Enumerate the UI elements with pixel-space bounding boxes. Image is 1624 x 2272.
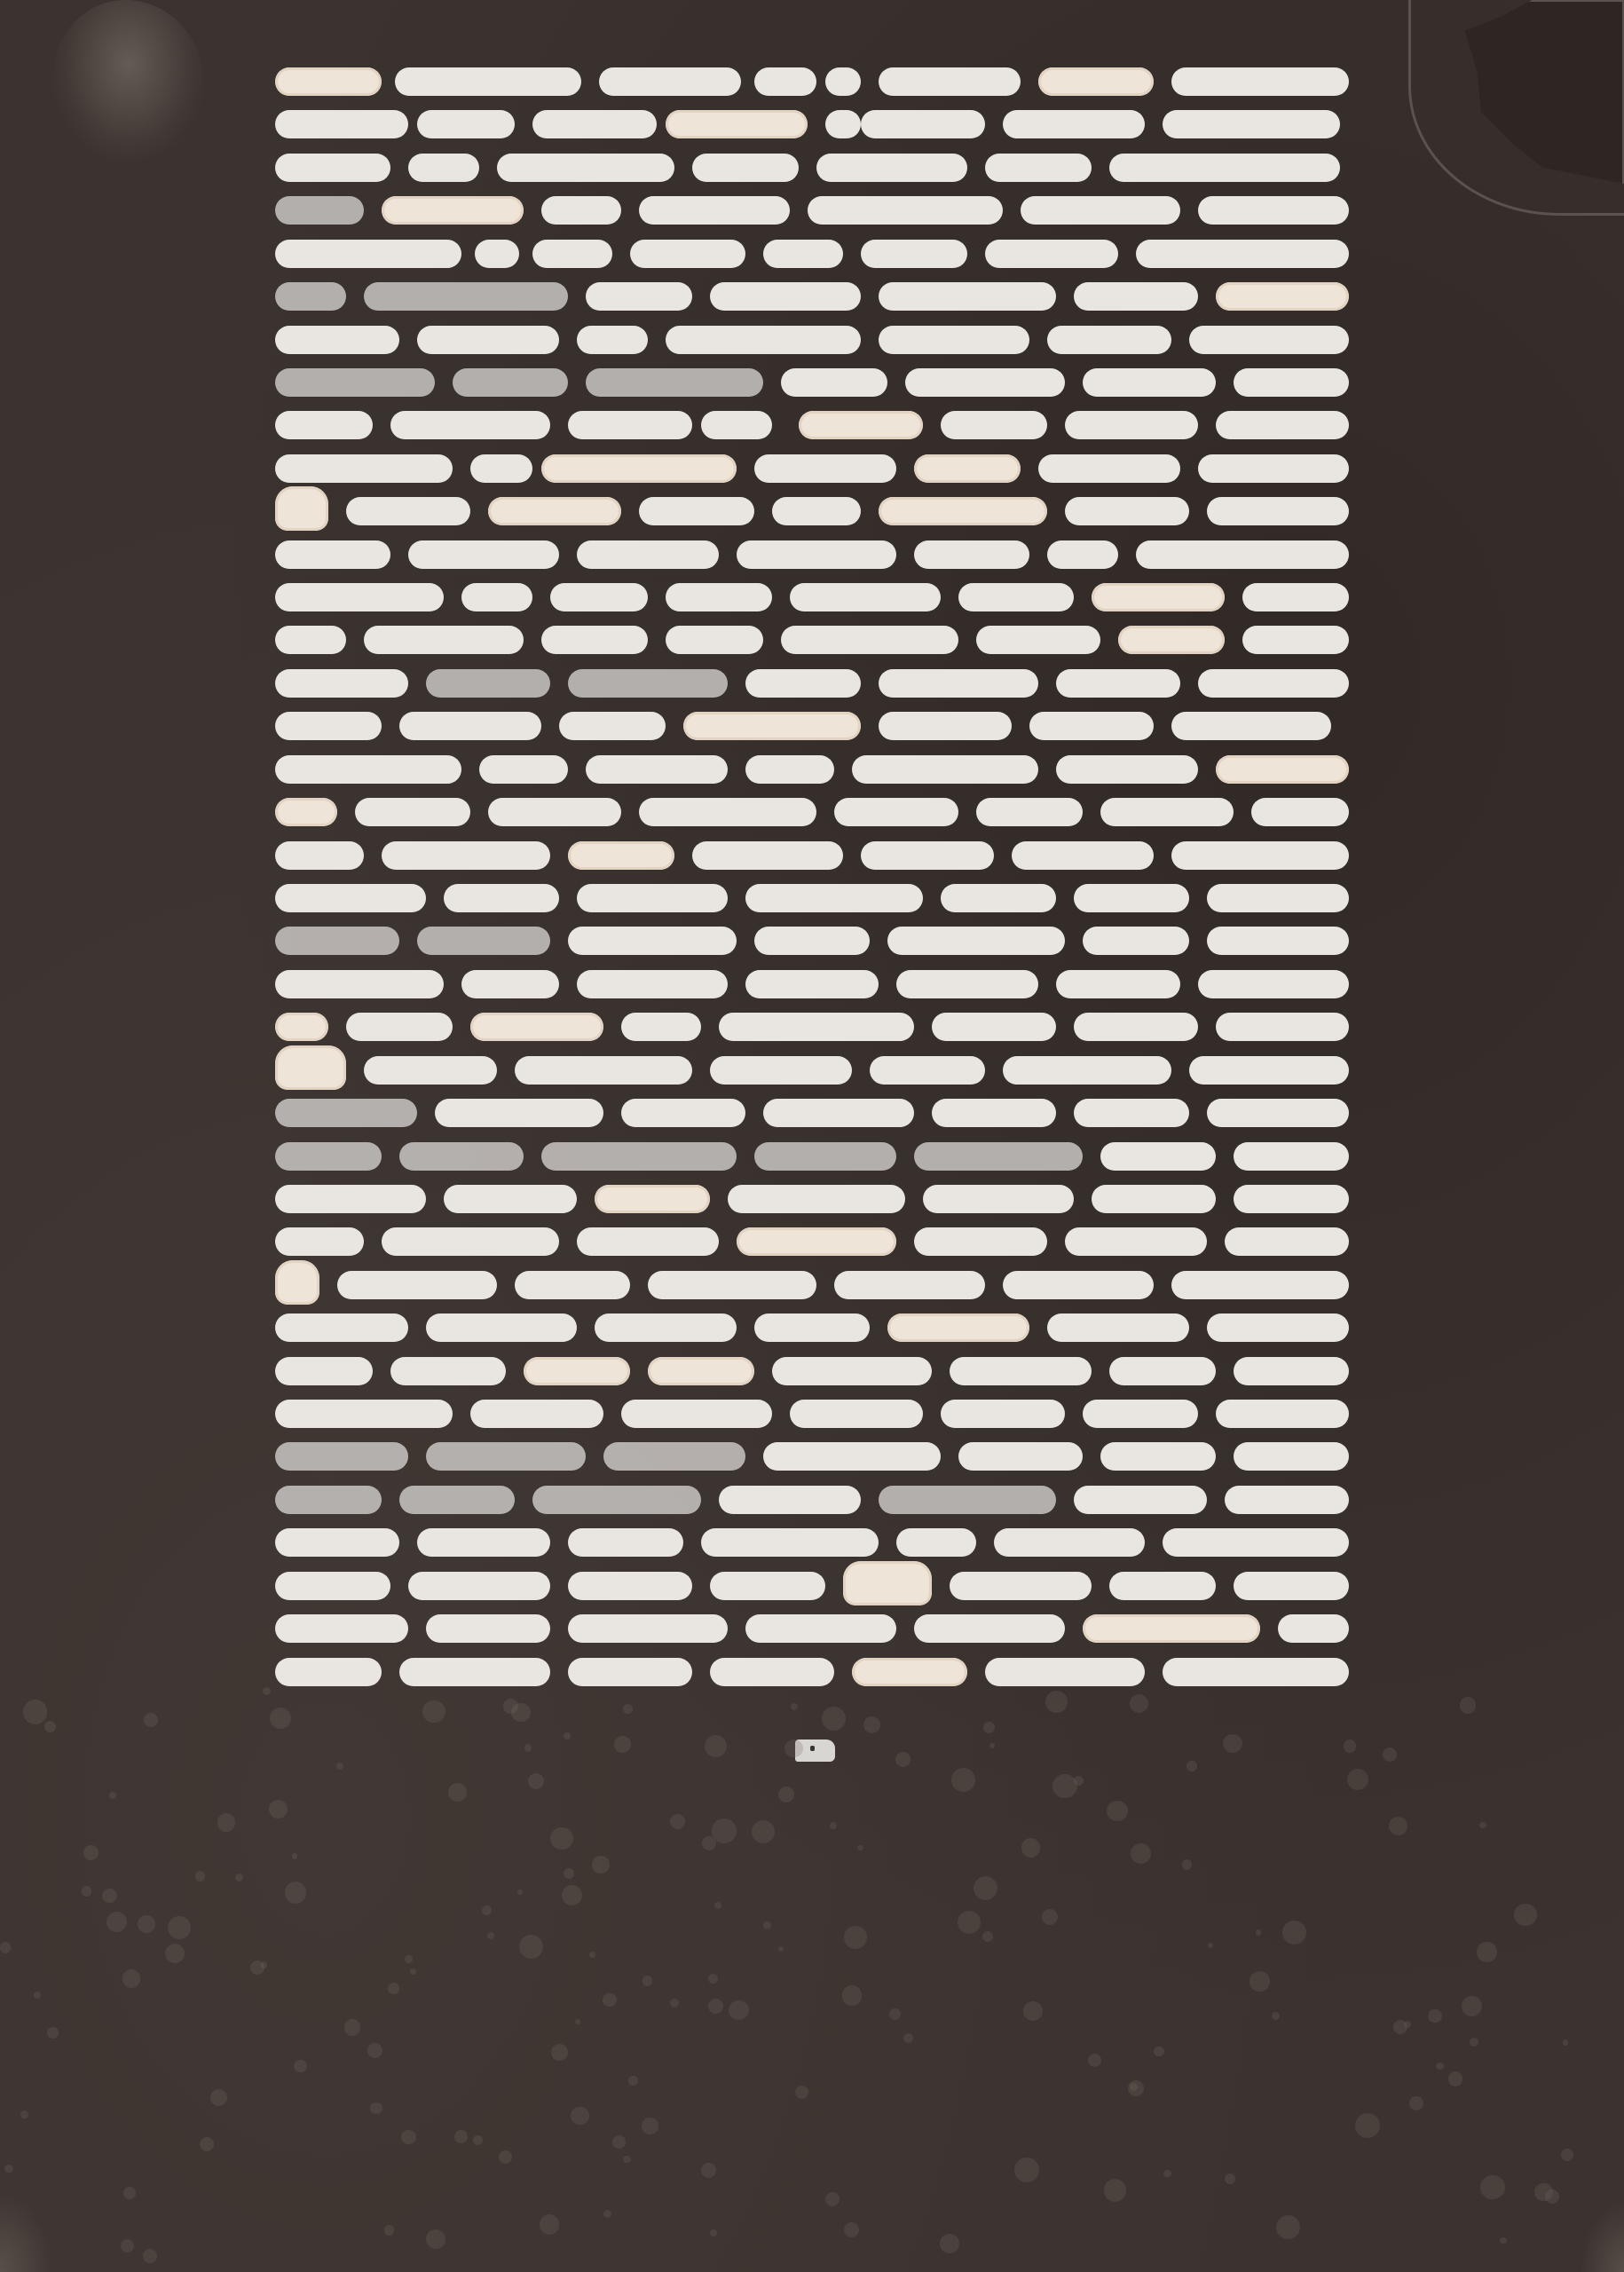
speckle <box>670 1814 685 1829</box>
speckle <box>1208 1943 1213 1948</box>
white-mark <box>275 1099 417 1127</box>
white-mark <box>275 240 461 268</box>
white-mark <box>1065 1227 1207 1256</box>
white-mark <box>896 970 1038 998</box>
white-mark <box>1083 1400 1198 1428</box>
white-mark <box>1074 282 1198 311</box>
speckle <box>123 2187 136 2199</box>
white-mark <box>1092 583 1225 611</box>
white-mark <box>275 454 453 483</box>
speckle <box>426 2229 445 2249</box>
white-mark <box>879 669 1038 698</box>
white-mark <box>816 154 967 182</box>
speckle <box>401 2130 415 2144</box>
mark-line <box>275 965 1349 1007</box>
white-mark <box>852 755 1038 784</box>
speckle <box>1045 1691 1068 1713</box>
white-mark <box>861 110 985 138</box>
white-mark <box>595 1313 737 1342</box>
white-mark <box>763 1442 941 1471</box>
white-mark <box>772 1357 932 1385</box>
white-mark <box>1251 798 1349 826</box>
white-mark <box>710 1658 834 1686</box>
white-mark <box>1198 454 1349 483</box>
mark-line <box>275 148 1349 191</box>
white-mark <box>568 411 692 439</box>
white-mark <box>1163 1528 1349 1557</box>
white-mark <box>772 497 861 525</box>
speckle <box>1021 1838 1041 1858</box>
white-mark <box>941 884 1056 912</box>
white-mark <box>275 1227 364 1256</box>
white-mark <box>435 1099 603 1127</box>
speckle <box>589 1952 595 1958</box>
white-mark <box>1100 1442 1216 1471</box>
white-mark <box>666 326 861 354</box>
white-mark <box>1003 1056 1171 1085</box>
mark-line <box>275 1566 1349 1609</box>
speckle <box>603 2210 611 2218</box>
white-mark <box>275 1528 399 1557</box>
white-mark <box>1234 1185 1349 1213</box>
white-mark <box>1171 841 1349 870</box>
white-mark <box>754 927 870 955</box>
white-mark <box>834 798 958 826</box>
speckle <box>519 1935 543 1959</box>
bottom-left-wear <box>0 2192 53 2272</box>
speckle <box>1272 2012 1281 2021</box>
speckle <box>528 1773 544 1789</box>
white-mark <box>950 1572 1092 1600</box>
speckle <box>83 1845 99 1860</box>
white-mark <box>275 1614 408 1643</box>
white-mark <box>728 1185 905 1213</box>
speckle <box>0 1942 11 1952</box>
mark-line <box>275 363 1349 406</box>
white-mark <box>550 583 648 611</box>
mark-line <box>275 1437 1349 1479</box>
speckle <box>778 1946 784 1952</box>
mark-line <box>275 191 1349 233</box>
white-mark <box>985 240 1118 268</box>
white-mark <box>914 1227 1047 1256</box>
white-mark <box>417 1528 550 1557</box>
speckle <box>143 2249 157 2263</box>
white-mark <box>923 1185 1074 1213</box>
white-mark <box>275 884 426 912</box>
speckle <box>1448 2071 1463 2087</box>
mark-line <box>275 664 1349 706</box>
white-mark <box>1003 1271 1154 1299</box>
white-mark <box>1109 1572 1216 1600</box>
speckle <box>571 2107 589 2126</box>
white-mark <box>568 1658 692 1686</box>
speckle <box>958 1911 981 1934</box>
white-mark <box>488 798 621 826</box>
white-mark <box>346 497 470 525</box>
white-mark <box>417 927 550 955</box>
white-mark <box>444 884 559 912</box>
white-mark <box>275 154 390 182</box>
speckle <box>1355 2113 1380 2138</box>
white-mark <box>364 626 524 654</box>
speckle <box>1477 1942 1497 1962</box>
white-mark <box>515 1056 692 1085</box>
white-mark <box>275 540 390 569</box>
white-mark <box>976 798 1083 826</box>
white-mark <box>275 583 444 611</box>
white-mark <box>532 240 612 268</box>
speckle <box>270 1708 291 1729</box>
white-mark <box>1047 326 1171 354</box>
mark-line <box>275 105 1349 147</box>
white-mark <box>1216 1013 1349 1041</box>
white-mark <box>453 368 568 397</box>
white-mark <box>1234 368 1349 397</box>
speckle <box>778 1787 794 1803</box>
illegible-text-block <box>275 62 1349 1695</box>
white-mark <box>1074 884 1189 912</box>
speckle <box>285 1881 306 1903</box>
white-mark <box>745 1614 896 1643</box>
white-mark <box>879 282 1056 311</box>
white-mark <box>275 326 399 354</box>
white-mark <box>568 841 674 870</box>
white-mark <box>763 240 843 268</box>
speckle <box>752 1820 774 1842</box>
white-mark <box>1047 540 1118 569</box>
mark-line <box>275 706 1349 749</box>
white-mark <box>932 1099 1056 1127</box>
mark-line <box>275 234 1349 277</box>
white-mark <box>666 583 772 611</box>
white-mark <box>1198 196 1349 225</box>
mark-line <box>275 1308 1349 1351</box>
white-mark <box>599 67 741 96</box>
speckle <box>388 1983 399 1994</box>
white-mark <box>666 626 763 654</box>
speckle <box>1163 2170 1171 2178</box>
white-mark <box>1234 1142 1349 1171</box>
speckle <box>551 2044 568 2061</box>
speckle <box>612 2135 626 2149</box>
speckle <box>603 1993 617 2008</box>
white-mark <box>541 1142 737 1171</box>
white-mark <box>621 1400 772 1428</box>
white-mark <box>754 1313 870 1342</box>
white-mark <box>1207 1099 1349 1127</box>
speckle <box>517 1889 524 1896</box>
white-mark <box>799 411 923 439</box>
mark-line <box>275 1609 1349 1652</box>
speckle <box>195 1871 205 1881</box>
white-mark <box>1163 110 1340 138</box>
white-mark <box>364 1056 497 1085</box>
speckle <box>144 1713 158 1727</box>
speckle <box>983 1722 995 1733</box>
mark-line <box>275 449 1349 492</box>
white-mark <box>1065 411 1198 439</box>
speckle <box>863 1716 881 1734</box>
speckle <box>367 2043 382 2058</box>
white-mark <box>275 1400 453 1428</box>
speckle <box>82 1886 91 1896</box>
speckle <box>1276 2215 1300 2239</box>
speckle <box>1500 2237 1506 2244</box>
white-mark <box>568 1528 683 1557</box>
speckle <box>20 2110 28 2118</box>
white-mark <box>692 841 843 870</box>
speckle <box>701 2163 716 2178</box>
speckle <box>44 1721 56 1732</box>
white-mark <box>275 411 373 439</box>
white-mark <box>879 497 1047 525</box>
white-mark <box>754 454 896 483</box>
speckle <box>1460 1697 1477 1714</box>
white-mark <box>1189 1056 1349 1085</box>
white-mark <box>532 1486 701 1514</box>
white-mark <box>426 1442 586 1471</box>
white-mark <box>275 712 382 740</box>
mark-line <box>275 1051 1349 1093</box>
mark-line <box>275 62 1349 105</box>
speckle <box>708 1999 723 2014</box>
white-mark <box>994 1528 1145 1557</box>
white-mark <box>1171 1271 1349 1299</box>
white-mark <box>408 154 479 182</box>
speckle <box>564 1868 574 1879</box>
white-mark <box>497 154 674 182</box>
white-mark <box>648 1271 816 1299</box>
mark-line <box>275 535 1349 578</box>
speckle <box>614 1736 631 1753</box>
speckle <box>109 1792 116 1799</box>
white-mark <box>887 1313 1029 1342</box>
speckle <box>1223 1734 1242 1753</box>
mark-line <box>275 1007 1349 1050</box>
white-mark <box>1083 368 1216 397</box>
white-mark <box>1278 1614 1349 1643</box>
white-mark <box>1065 497 1189 525</box>
white-mark <box>879 1486 1056 1514</box>
white-mark <box>1207 884 1349 912</box>
white-mark <box>861 240 967 268</box>
white-mark <box>346 1013 453 1041</box>
speckle <box>592 1856 610 1874</box>
white-mark <box>914 454 1021 483</box>
white-mark <box>275 1260 319 1305</box>
mark-line <box>275 1222 1349 1265</box>
white-mark <box>745 884 923 912</box>
white-mark <box>958 583 1074 611</box>
white-mark <box>275 282 346 311</box>
mark-line <box>275 1352 1349 1394</box>
white-mark <box>395 67 581 96</box>
white-mark <box>390 411 550 439</box>
artwork-sheet <box>0 0 1624 2272</box>
white-mark <box>879 67 1021 96</box>
speckle <box>982 1931 993 1942</box>
white-mark <box>905 368 1065 397</box>
white-mark <box>621 1013 701 1041</box>
white-mark <box>417 110 515 138</box>
white-mark <box>417 326 559 354</box>
white-mark <box>1207 927 1349 955</box>
white-mark <box>1021 196 1180 225</box>
white-mark <box>1012 841 1154 870</box>
white-mark <box>275 1013 328 1041</box>
white-mark <box>1242 626 1349 654</box>
white-mark <box>1225 1486 1349 1514</box>
white-mark <box>763 1099 914 1127</box>
white-mark <box>568 1614 728 1643</box>
mark-line <box>275 750 1349 793</box>
white-mark <box>577 884 728 912</box>
white-mark <box>275 110 408 138</box>
white-mark <box>399 1658 550 1686</box>
speckle <box>844 1926 867 1949</box>
white-mark <box>488 497 621 525</box>
speckle <box>564 1732 571 1739</box>
white-mark <box>577 540 719 569</box>
white-mark <box>568 927 737 955</box>
top-right-torn-edge <box>1408 0 1624 216</box>
white-mark <box>1198 669 1349 698</box>
white-mark <box>532 110 657 138</box>
speckle <box>1479 1822 1486 1829</box>
white-mark <box>337 1271 497 1299</box>
speckle <box>1107 1801 1127 1821</box>
white-mark <box>275 1442 408 1471</box>
mark-line <box>275 1093 1349 1136</box>
white-mark <box>595 1185 710 1213</box>
speckle <box>642 2118 658 2134</box>
speckle <box>830 1822 837 1829</box>
speckle <box>1128 2080 1144 2096</box>
speckle <box>903 2033 913 2043</box>
speckle <box>791 1703 798 1710</box>
white-mark <box>461 970 559 998</box>
white-mark <box>426 669 550 698</box>
white-mark <box>390 1357 506 1385</box>
speckle <box>473 2135 483 2145</box>
white-mark <box>666 110 808 138</box>
speckle <box>1462 1996 1482 2016</box>
speckle <box>448 1783 467 1802</box>
white-mark <box>1163 1658 1349 1686</box>
white-mark <box>461 583 532 611</box>
speckle <box>168 1916 191 1939</box>
white-mark <box>941 411 1047 439</box>
mark-line <box>275 879 1349 921</box>
white-mark <box>1207 1313 1349 1342</box>
mark-line <box>275 1653 1349 1695</box>
white-mark <box>710 1572 825 1600</box>
white-mark <box>745 970 879 998</box>
white-mark <box>825 67 861 96</box>
speckle <box>1383 1747 1397 1762</box>
white-mark <box>719 1013 914 1041</box>
speckle <box>974 1876 997 1900</box>
speckle <box>1561 2149 1573 2161</box>
white-mark <box>941 1400 1065 1428</box>
mark-line <box>275 1179 1349 1222</box>
white-mark <box>825 110 861 138</box>
white-mark <box>382 841 550 870</box>
white-mark <box>603 1442 745 1471</box>
speckle <box>454 2130 468 2143</box>
speckle <box>889 2008 901 2020</box>
speckle <box>165 1944 185 1963</box>
speckle <box>499 2150 512 2164</box>
white-mark <box>275 1486 382 1514</box>
speckle <box>1389 1817 1407 1835</box>
speckle <box>540 2214 559 2234</box>
white-mark <box>470 1013 603 1041</box>
white-mark <box>1216 1400 1349 1428</box>
mark-line <box>275 320 1349 363</box>
mark-line <box>275 793 1349 835</box>
speckle <box>121 2239 135 2253</box>
speckle <box>1409 2096 1423 2110</box>
mark-line <box>275 1480 1349 1523</box>
mark-line <box>275 836 1349 879</box>
white-mark <box>976 626 1100 654</box>
white-mark <box>861 841 994 870</box>
speckle <box>1470 2038 1478 2047</box>
white-mark <box>1056 669 1180 698</box>
white-mark <box>275 1045 346 1090</box>
white-mark <box>1038 454 1180 483</box>
white-mark <box>1234 1442 1349 1471</box>
speckle <box>1014 2158 1039 2182</box>
white-mark <box>710 282 861 311</box>
white-mark <box>754 1142 896 1171</box>
speckle <box>1344 1739 1357 1753</box>
white-mark <box>1083 927 1189 955</box>
white-mark <box>408 1572 550 1600</box>
white-mark <box>870 1056 985 1085</box>
speckle <box>336 1763 343 1770</box>
mark-line <box>275 1137 1349 1179</box>
speckle <box>1282 1921 1306 1945</box>
white-mark <box>275 1572 390 1600</box>
speckle <box>705 1735 727 1757</box>
speckle <box>825 2192 840 2206</box>
white-mark <box>275 1142 382 1171</box>
mark-line <box>275 406 1349 448</box>
white-mark <box>710 1056 852 1085</box>
speckle <box>269 1800 288 1818</box>
white-mark <box>1092 1185 1216 1213</box>
white-mark <box>568 669 728 698</box>
speckle <box>102 1889 117 1904</box>
top-left-smudge <box>53 0 204 160</box>
white-mark <box>834 1271 985 1299</box>
white-mark <box>1029 712 1154 740</box>
speckle <box>989 1743 995 1748</box>
white-mark <box>985 1658 1145 1686</box>
white-mark <box>1216 282 1349 311</box>
white-mark <box>648 1357 754 1385</box>
white-mark <box>1003 110 1145 138</box>
white-mark <box>781 368 887 397</box>
white-mark <box>754 67 816 96</box>
mark-line <box>275 277 1349 319</box>
speckle <box>729 2000 748 2020</box>
speckle <box>511 1703 531 1723</box>
white-mark <box>586 755 728 784</box>
